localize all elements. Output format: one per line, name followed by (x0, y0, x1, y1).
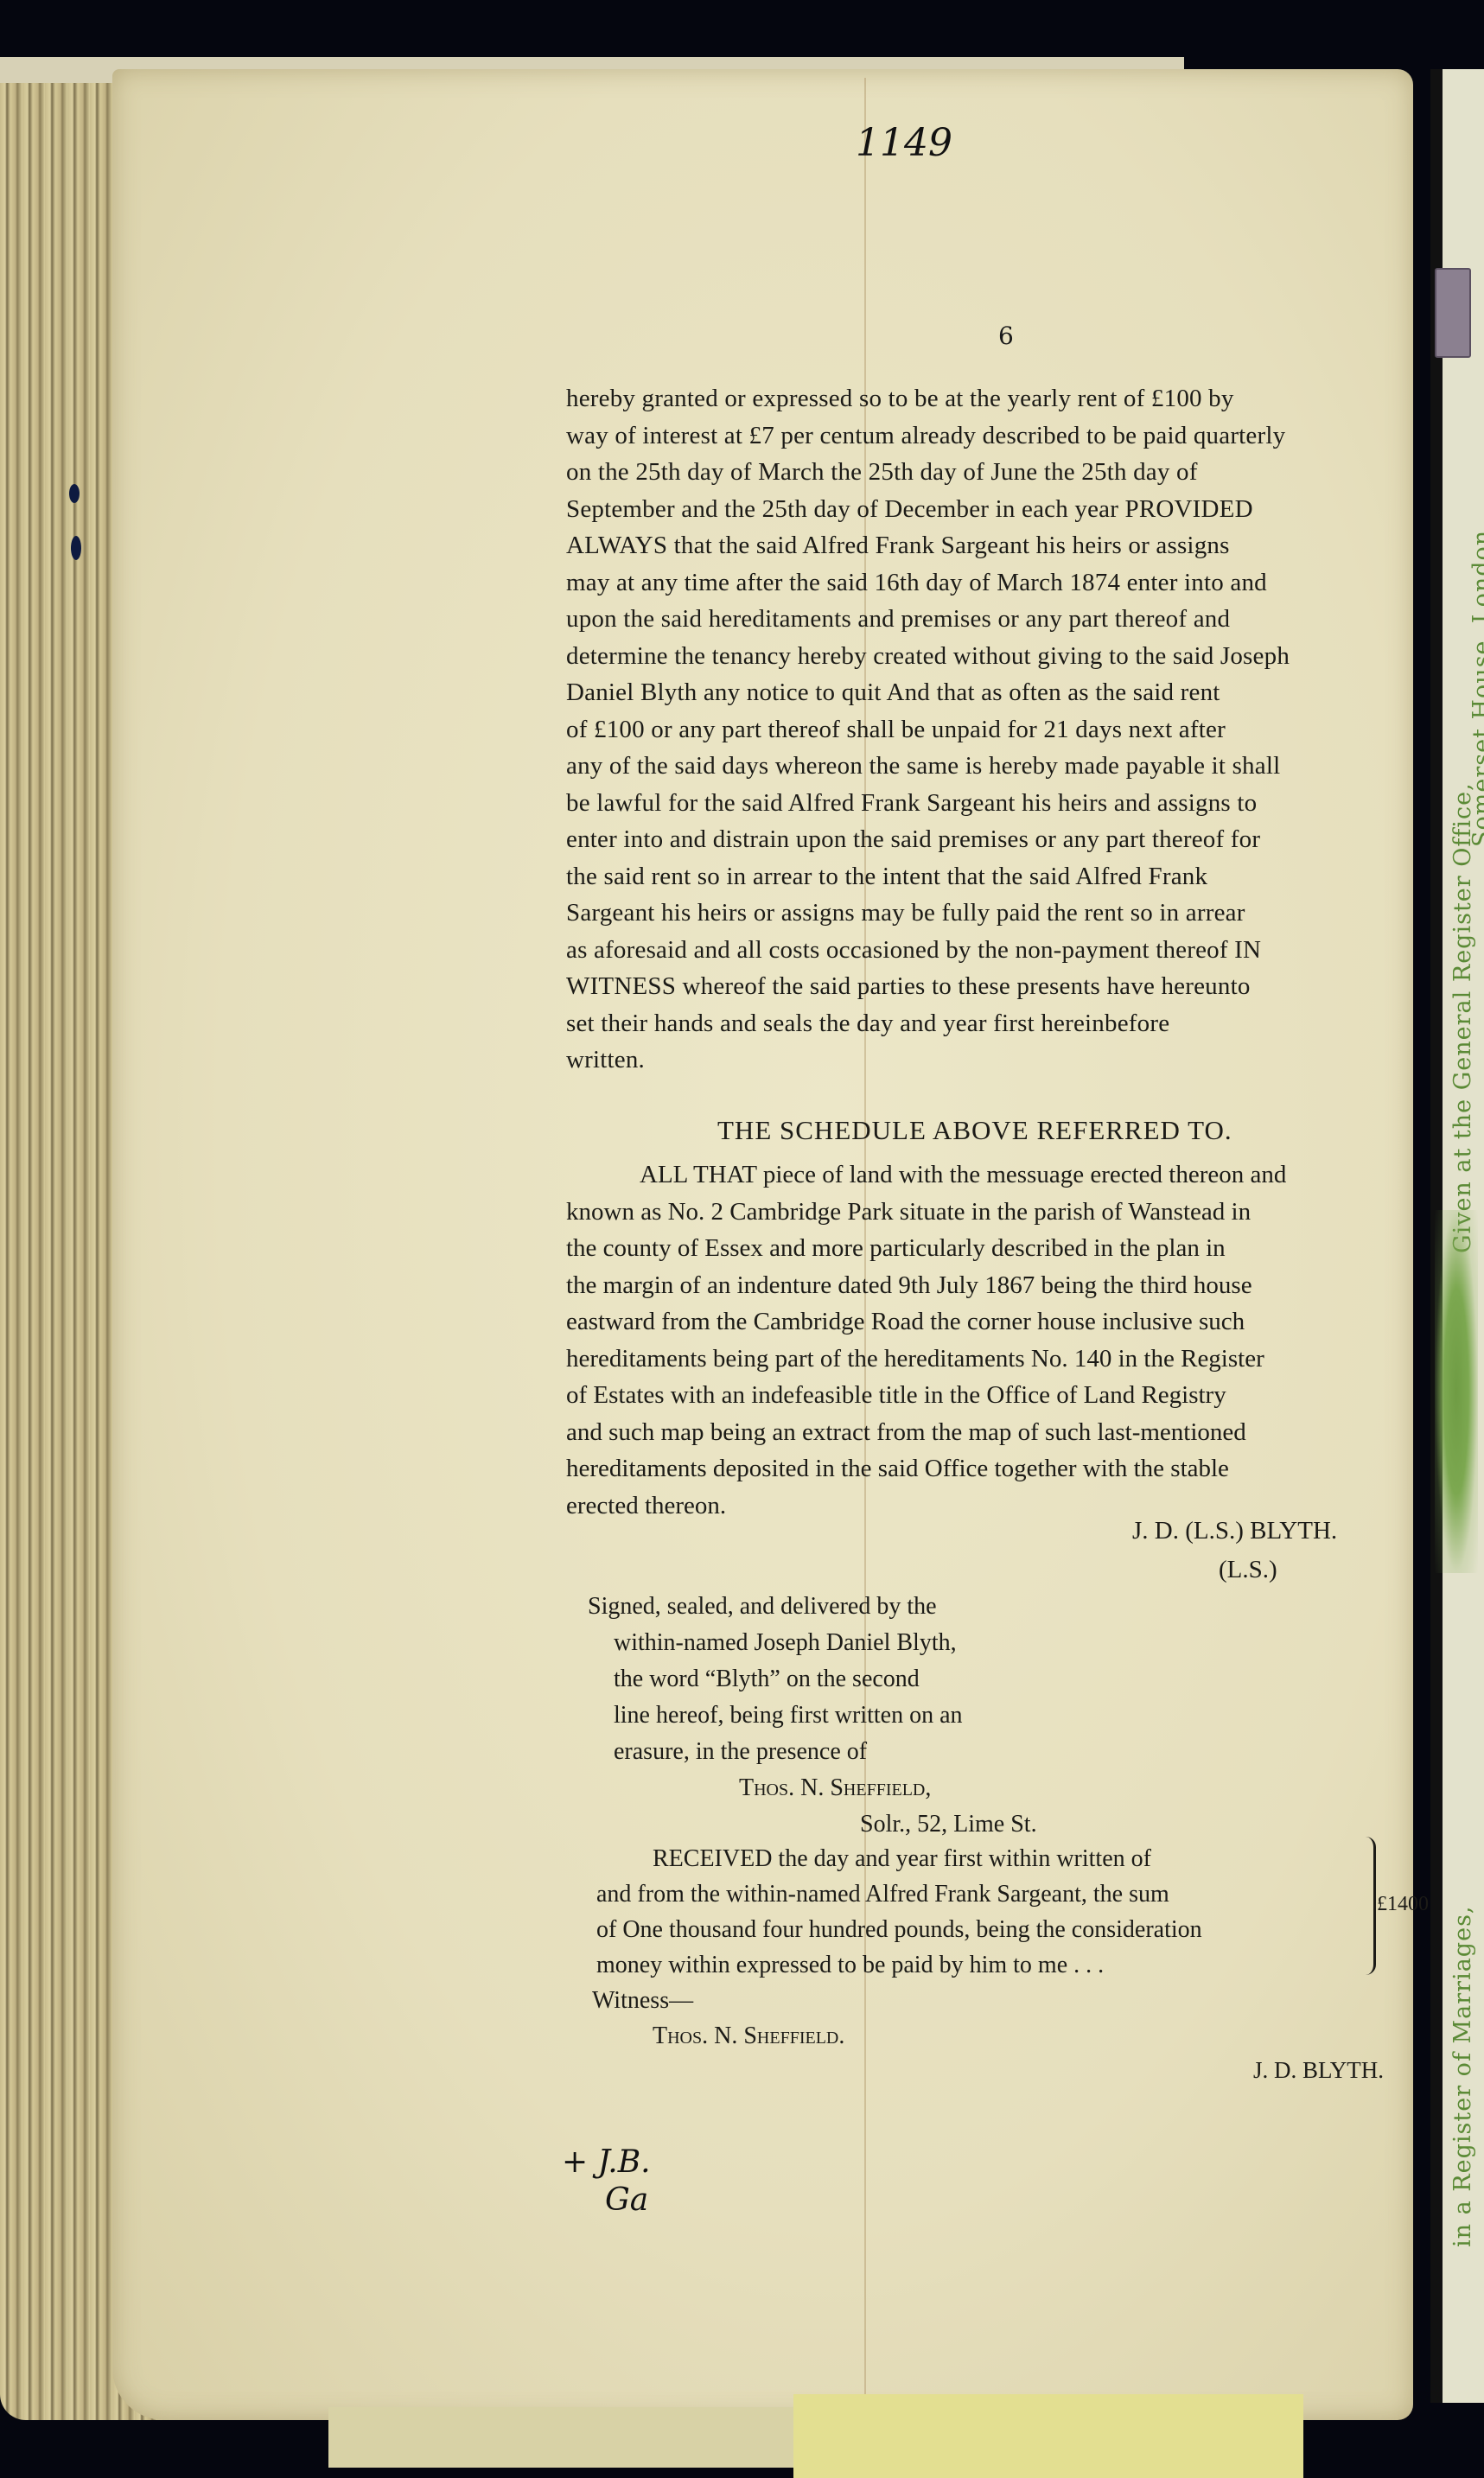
body-line: hereby granted or expressed so to be at … (566, 380, 1413, 417)
certificate-text-line3: in a Register of Marriages, (1449, 1556, 1476, 2247)
schedule-body: ALL THAT piece of land with the messuage… (566, 1156, 1413, 1524)
body-line: Sargeant his heirs or assigns may be ful… (566, 895, 1413, 932)
receipt-line: money within expressed to be paid by him… (596, 1947, 1202, 1983)
body-line: way of interest at £7 per centum already… (566, 417, 1413, 455)
body-line: set their hands and seals the day and ye… (566, 1005, 1413, 1042)
body-line: ALWAYS that the said Alfred Frank Sargea… (566, 527, 1413, 564)
receipt-witness-name: Thos. N. Sheffield. (596, 2018, 1202, 2054)
deed-body: hereby granted or expressed so to be at … (566, 380, 1413, 1079)
schedule-line: hereditaments being part of the heredita… (566, 1341, 1413, 1378)
paper-slip (328, 2407, 795, 2468)
receipt-amount: £1400 (1377, 1893, 1429, 1916)
body-line: Daniel Blyth any notice to quit And that… (566, 674, 1413, 711)
handwritten-initials: + J.B. (562, 2144, 651, 2182)
revenue-stamp (1435, 268, 1471, 358)
schedule-line: the margin of an indenture dated 9th Jul… (566, 1267, 1413, 1304)
handwritten-folio-number: 1149 (856, 121, 952, 165)
handwritten-note: Ga (562, 2182, 651, 2220)
witness-address: Solr., 52, Lime St. (588, 1806, 1037, 1843)
seal-signature: J. D. (L.S.) BLYTH. (1132, 1517, 1337, 1545)
schedule-line: known as No. 2 Cambridge Park situate in… (566, 1194, 1413, 1231)
royal-crest-icon (1435, 1210, 1478, 1573)
body-line: the said rent so in arrear to the intent… (566, 858, 1413, 895)
receipt-line: RECEIVED the day and year first within w… (596, 1841, 1202, 1876)
body-line: may at any time after the said 16th day … (566, 564, 1413, 602)
body-line: written. (566, 1042, 1413, 1079)
receipt-witness-label: Witness— (592, 1983, 1202, 2018)
body-line: be lawful for the said Alfred Frank Sarg… (566, 785, 1413, 822)
body-line: enter into and distrain upon the said pr… (566, 821, 1413, 858)
attestation-line: line hereof, being first written on an (588, 1698, 1037, 1734)
body-line: of £100 or any part thereof shall be unp… (566, 711, 1413, 748)
body-line: on the 25th day of March the 25th day of… (566, 454, 1413, 491)
attestation-line: Signed, sealed, and delivered by the (588, 1589, 1037, 1625)
handwritten-annotation: + J.B. Ga (562, 2144, 651, 2220)
attestation-clause: Signed, sealed, and delivered by the wit… (588, 1589, 1037, 1843)
attestation-line: erasure, in the presence of (588, 1734, 1037, 1770)
page-number: 6 (998, 322, 1014, 350)
sticky-note (793, 2394, 1303, 2478)
schedule-line: ALL THAT piece of land with the messuage… (566, 1156, 1413, 1194)
body-line: determine the tenancy hereby created wit… (566, 638, 1413, 675)
ink-blot (69, 484, 80, 503)
receipt-clause: RECEIVED the day and year first within w… (596, 1841, 1202, 2054)
attestation-line: within-named Joseph Daniel Blyth, (588, 1625, 1037, 1661)
schedule-line: and such map being an extract from the m… (566, 1414, 1413, 1451)
witness-name: Thos. N. Sheffield, (588, 1770, 1037, 1806)
body-line: September and the 25th day of December i… (566, 491, 1413, 528)
receipt-signatory: J. D. BLYTH. (1253, 2057, 1384, 2084)
schedule-line: of Estates with an indefeasible title in… (566, 1377, 1413, 1414)
schedule-line: hereditaments deposited in the said Offi… (566, 1450, 1413, 1487)
body-line: upon the said hereditaments and premises… (566, 601, 1413, 638)
seal-mark: (L.S.) (1219, 1556, 1277, 1584)
body-line: as aforesaid and all costs occasioned by… (566, 932, 1413, 969)
receipt-line: of One thousand four hundred pounds, bei… (596, 1912, 1202, 1947)
receipt-brace (1361, 1837, 1376, 1975)
receipt-line: and from the within-named Alfred Frank S… (596, 1876, 1202, 1912)
schedule-line: the county of Essex and more particularl… (566, 1230, 1413, 1267)
attestation-line: the word “Blyth” on the second (588, 1661, 1037, 1698)
schedule-heading: THE SCHEDULE ABOVE REFERRED TO. (717, 1115, 1232, 1146)
body-line: WITNESS whereof the said parties to thes… (566, 968, 1413, 1005)
ink-blot (71, 536, 81, 560)
body-line: any of the said days whereon the same is… (566, 748, 1413, 785)
schedule-line: eastward from the Cambridge Road the cor… (566, 1303, 1413, 1341)
